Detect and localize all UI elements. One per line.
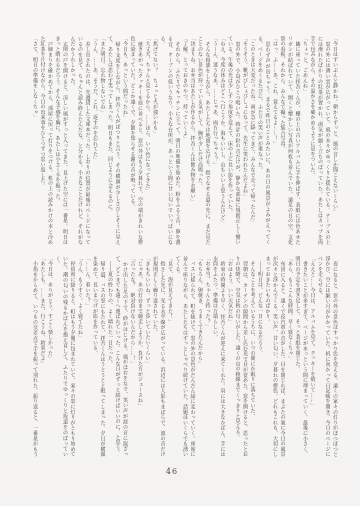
paragraph: 「了解。とっておきのやつ、持っていくよ」	[181, 36, 189, 245]
paragraph: そんなことを考えているうちに、いつの間にか眠りに落ちていた。	[248, 256, 256, 457]
paragraph: 隣に座っていた拝吾くんが、棚の上の古いアルバムに手を伸ばす。表紙には色あせたリボ…	[278, 36, 301, 245]
paragraph: 「うん。……あ、そうだ。これ、返すのを忘れてた」	[91, 36, 99, 245]
paragraph: そんな相談をしながら、あたしたちは地図を広げる。指でなぞる道の先に、まだ見たこと…	[196, 36, 211, 245]
page-number: 46	[160, 467, 184, 476]
paragraph: 「あら、もうこんな時間。早く寝なくちゃ」	[286, 256, 294, 457]
paragraph: 書きたいことが多すぎて、ページがあっという間に埋まっていく。最後に小さく、明日の…	[293, 256, 308, 457]
paragraph: ――夏の終わりの、よく晴れた一日だった。	[106, 256, 114, 457]
paragraph: 帰り支度をしながら、拝吾くんがぽつりと言う。その横顔が少しさびしそうに見えて、あ…	[106, 36, 121, 245]
paragraph: 「このときは大変だったね。雨が急に降ってきて、みんなで走って帰ったんだ」	[248, 36, 256, 245]
paragraph: 夜になると、窓の外の景色はすっかり色を変える。遠くの家々の灯りがぽつぽつと浮かび…	[316, 256, 339, 457]
paragraph: 「今日はずいぶんと静かね。朝からずっと、風の音しか聞こえないくらい」	[331, 36, 339, 245]
paragraph: 「今日は、ありがとう。すごく楽しかった」	[46, 256, 54, 457]
paragraph: それから、ふたりでキッチンに立って、明日の準備を始めた。粉をふるう音、卵を割る音…	[158, 36, 181, 245]
paragraph: 「大丈夫、ちゃんと見てるから。……ほら、いい色になってきた」	[143, 36, 151, 245]
paragraph: 「ちょっと、ごめんね」	[301, 36, 309, 245]
paragraph: 「もちろん。卵焼き、うまくできたんだから」	[196, 256, 204, 457]
paragraph: 「お弁当、ちゃんと持った？」	[203, 256, 211, 457]
paragraph: 「言ったな？ 絶対負けないんだから……！」	[128, 256, 136, 457]
paragraph: 指さした先に、光る水平線が広がっている。浜辺には人影もまばらで、波の音だけが規則…	[151, 256, 166, 457]
paragraph: ――明日は、どんな一日になるだろう。	[256, 256, 264, 457]
paragraph: 布団に入ると、遠くで夜汽車の音がした。目を閉じれば、まぶたの裏に今日の風景が次々…	[263, 256, 286, 457]
paragraph: 帰り道、バスの窓にもたれて、拝吾くんはうとうとと眠ってしまった。夕日が横顔を染め…	[91, 256, 106, 457]
paragraph: 「ええと……今日は、アルバムを見て、クッキーを焼いて……」	[308, 256, 316, 457]
paragraph: 焼きあがったクッキーを皿に並べると、窓の外はもう夕暮れで、空の端がきれいな橙色に…	[128, 36, 143, 245]
paragraph: 「うん、もうすぐ。よく寝てたね」	[76, 256, 84, 457]
paragraph: 「さて、明日の準備をしなくちゃ」	[31, 36, 39, 245]
paragraph: 約束の時間より早く、拝吾くんが迎えに来てくれた。肩には大きなかばん、手には水筒を…	[211, 256, 226, 457]
paragraph: 「今日も、あっという間だったね」	[121, 36, 129, 245]
paragraph: バスに揺られて、町を抜けて、窓の外の景色がだんだん緑に変わっていく。座席に並んで…	[173, 256, 196, 457]
paragraph: 玄関の戸を開けると、涼しい風がすっと入ってきた。見上げた空には一番星。明日はきっ…	[53, 36, 68, 245]
paragraph: 「じゃあ、あの灯台まで競走しようか。負けた方がジュースね」	[136, 256, 144, 457]
paragraph: 「うーん、迷うなあ。……じゃあ、両方行っちゃう？」	[211, 36, 219, 245]
paragraph: 「見て、海が見えてきた！」	[166, 256, 174, 457]
paragraph: 「きもちいいね。ずっと歩いていたいくらい」	[143, 256, 151, 457]
paragraph: 「おはよう。いい天気だね」	[226, 256, 234, 457]
paragraph: 「あたしも。……また、行こうね。約束だよ」	[38, 256, 46, 457]
paragraph: 停留所に降りると、町はもう夕闇に包まれていて、家々の窓に灯りがともり始めていた。…	[53, 256, 76, 457]
paragraph: 差し出されたのは、先週貸した文庫本だった。しおりの位置が最後のページになっている…	[68, 36, 91, 245]
paragraph: 「決まりね。お弁当はあたしが作るから、拝吾くんは飲み物をお願い」	[188, 36, 196, 245]
paragraph: 「そうそう。靴がびしょびしょになって、先生に笑われたんだよね」	[241, 36, 249, 245]
paragraph: 小指をからめて、いつもの交差点で手を振って別れた。振り返ると、一番星がもう空に出…	[30, 256, 38, 457]
text-block-upper: 「今日はずいぶんと静かね。朝からずっと、風の音しか聞こえないくらい」 窓の外には…	[30, 36, 338, 245]
paragraph: 「また明日。忘れ物しないでね」	[98, 36, 106, 245]
scanned-book-page: 「今日はずいぶんと静かね。朝からずっと、風の音しか聞こえないくらい」 窓の外には…	[0, 0, 360, 506]
paragraph: 「ねえ、今度の休みはどこへ行こうか。海もいいし、山もいいと思うんだけど」	[218, 36, 226, 245]
paragraph: 「焦げてない？ ちょっと火が強いかも」	[151, 36, 159, 245]
paragraph: 窓の外で、小鳥がひとつ鳴いた。時計の針の音だけが、静かな部屋に規則正しく響いてい…	[226, 36, 241, 245]
text-block-lower: 夜になると、窓の外の景色はすっかり色を変える。遠くの家々の灯りがぽつぽつと浮かび…	[30, 256, 338, 457]
paragraph: 戸締まりを確かめてから、部屋に戻って灯りをつける。机の上の読みかけの本と冷めた紅…	[38, 36, 53, 245]
paragraph: かけ出した足の下で、砂がはじける。風がほおをなで、笑い声が波の音に混ざって、どこ…	[113, 256, 128, 457]
paragraph: 窓の外には薄い雲が広がっていて、庭の木々がゆっくりと揺れている。テーブルの上には…	[308, 36, 331, 245]
paragraph: 「……ん、着いた？」	[83, 256, 91, 457]
paragraph: 「はっ、ふ……あ、これ、覚えてるよ……！」	[271, 36, 279, 245]
paragraph: 思わず声が出ちゃう。まるで昨日のことみたいに、あの日の風景がよみがえってくる。ペ…	[256, 36, 271, 245]
paragraph: 翌朝は、カーテンの隙間から差し込む光で目が覚めた。窓を開けると、思ったとおりの快…	[233, 256, 248, 457]
